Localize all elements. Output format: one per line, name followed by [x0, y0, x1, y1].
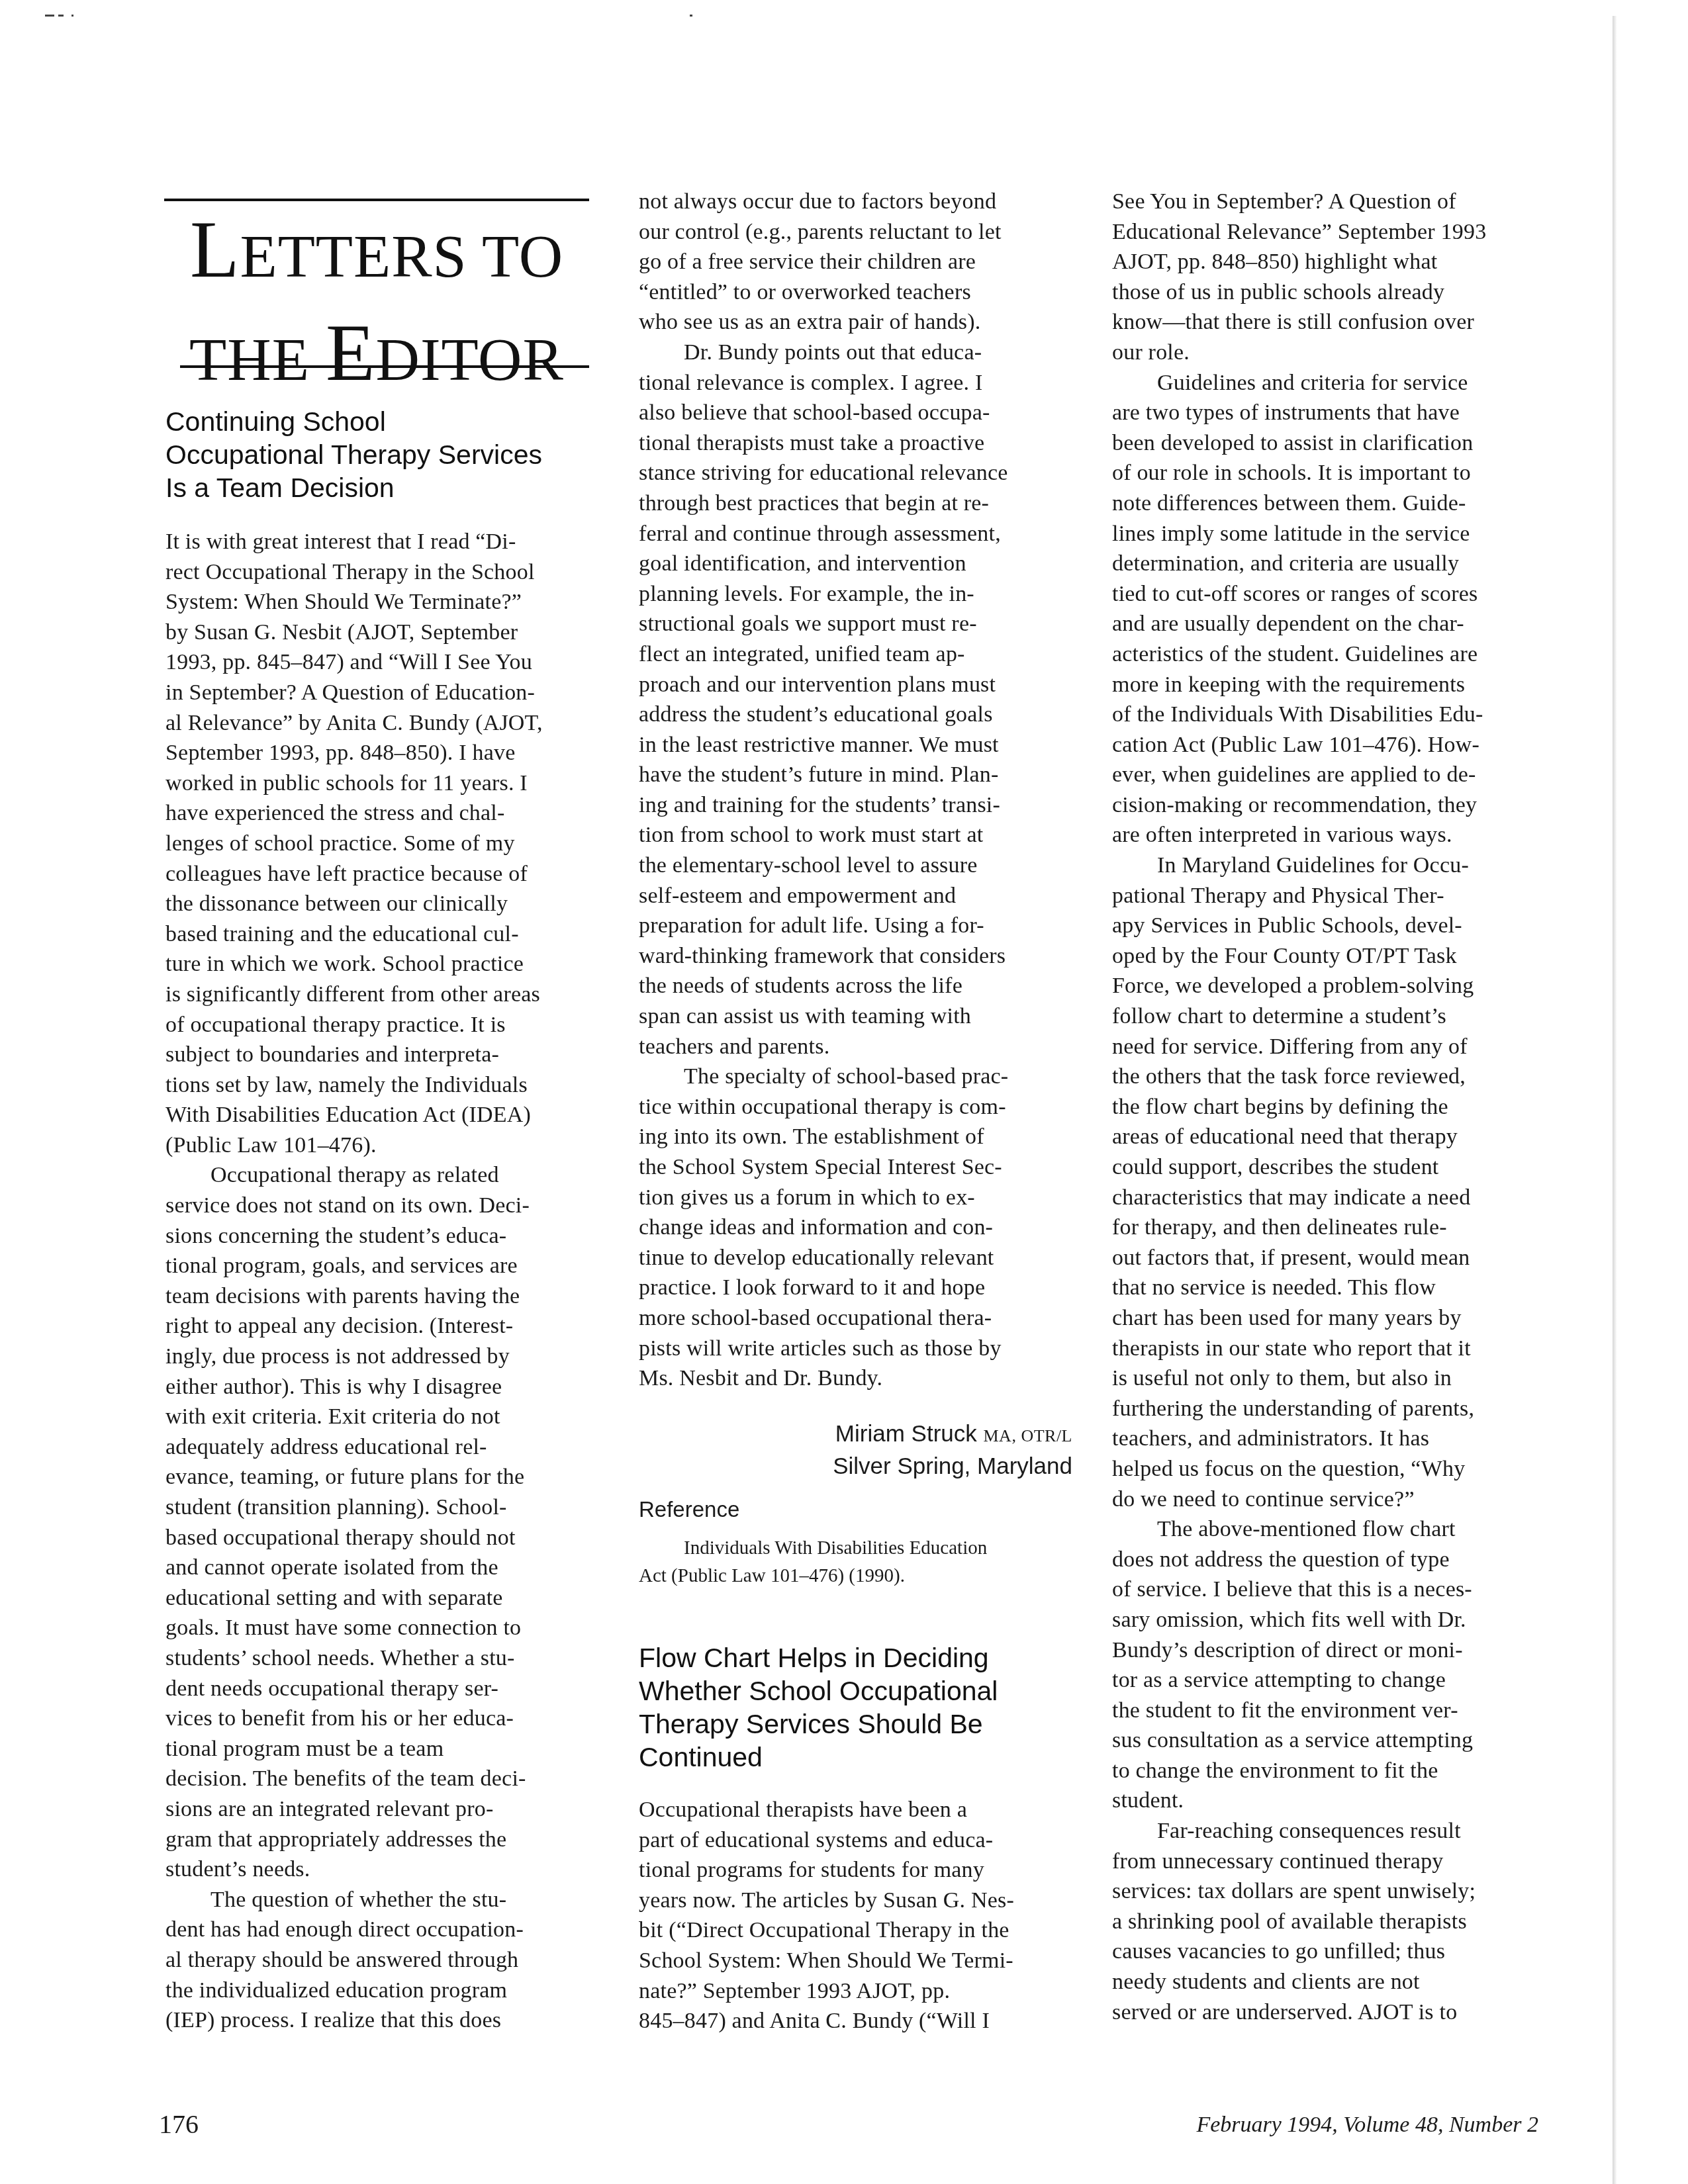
page-number: 176: [159, 2109, 199, 2140]
text-line: team decisions with parents having the: [165, 1281, 602, 1312]
text-line: (IEP) process. I realize that this does: [165, 2005, 602, 2036]
text-line: the needs of students across the life: [639, 971, 1076, 1001]
text-line: through best practices that begin at re-: [639, 488, 1076, 519]
text-line: tions set by law, namely the Individuals: [165, 1070, 602, 1101]
section-title-line-1: LETTERS TO: [164, 210, 589, 314]
text-line: tional programs for students for many: [639, 1855, 1076, 1886]
text-line: School System: When Should We Termi-: [639, 1946, 1076, 1976]
letter2-body-column-2: Occupational therapists have been apart …: [639, 1795, 1076, 2036]
text-line: (Public Law 101–476).: [165, 1130, 602, 1161]
letter1-body-column-1: It is with great interest that I read “D…: [165, 527, 602, 2036]
text-line: the elementary-school level to assure: [639, 850, 1076, 881]
text-line: nate?” September 1993 AJOT, pp.: [639, 1976, 1076, 2007]
text-line: chart has been used for many years by: [1112, 1303, 1556, 1334]
text-line: September 1993, pp. 848–850). I have: [165, 738, 602, 768]
text-line: It is with great interest that I read “D…: [165, 527, 602, 557]
letter2-title-line: Continued: [639, 1741, 1076, 1774]
letter1-signature: Miriam Struck MA, OTR/L Silver Spring, M…: [833, 1419, 1072, 1482]
text-line: of our role in schools. It is important …: [1112, 458, 1556, 488]
text-line: proach and our intervention plans must: [639, 670, 1076, 700]
text-line: change ideas and information and con-: [639, 1212, 1076, 1243]
scan-speck: [71, 15, 73, 17]
reference-line: Act (Public Law 101–476) (1990).: [639, 1562, 987, 1590]
text-line: is significantly different from other ar…: [165, 979, 602, 1010]
text-line: to change the environment to fit the: [1112, 1756, 1556, 1786]
text-line: bit (“Direct Occupational Therapy in the: [639, 1915, 1076, 1946]
text-line: areas of educational need that therapy: [1112, 1122, 1556, 1152]
text-line: goal identification, and intervention: [639, 549, 1076, 579]
text-line: 845–847) and Anita C. Bundy (“Will I: [639, 2006, 1076, 2036]
text-line: oped by the Four County OT/PT Task: [1112, 941, 1556, 972]
text-line: by Susan G. Nesbit (AJOT, September: [165, 617, 602, 648]
text-line: self-esteem and empowerment and: [639, 881, 1076, 911]
text-line: AJOT, pp. 848–850) highlight what: [1112, 247, 1556, 277]
text-line: also believe that school-based occupa-: [639, 398, 1076, 428]
text-line: sary omission, which fits well with Dr.: [1112, 1605, 1556, 1635]
text-line: the dissonance between our clinically: [165, 889, 602, 919]
text-line: go of a free service their children are: [639, 247, 1076, 277]
letter1-title: Continuing School Occupational Therapy S…: [165, 405, 602, 504]
letter1-title-line: Is a Team Decision: [165, 471, 602, 504]
text-line: evance, teaming, or future plans for the: [165, 1462, 602, 1492]
text-line: does not address the question of type: [1112, 1545, 1556, 1575]
text-line: in September? A Question of Education-: [165, 678, 602, 708]
text-line: flect an integrated, unified team ap-: [639, 639, 1076, 670]
text-line: Force, we developed a problem-solving: [1112, 971, 1556, 1001]
text-line: have experienced the stress and chal-: [165, 798, 602, 829]
text-line: tional program must be a team: [165, 1734, 602, 1764]
letter2-body-column-3: See You in September? A Question ofEduca…: [1112, 187, 1556, 2027]
text-line: teachers and parents.: [639, 1032, 1076, 1062]
text-line: Dr. Bundy points out that educa-: [639, 338, 1076, 368]
reference-heading: Reference: [639, 1497, 739, 1522]
text-line: with exit criteria. Exit criteria do not: [165, 1402, 602, 1432]
text-line: planning levels. For example, the in-: [639, 579, 1076, 610]
text-line: right to appeal any decision. (Interest-: [165, 1311, 602, 1342]
text-line: ing and training for the students’ trans…: [639, 790, 1076, 821]
text-line: ever, when guidelines are applied to de-: [1112, 760, 1556, 790]
text-line: out factors that, if present, would mean: [1112, 1243, 1556, 1273]
masthead-top-rule: [164, 199, 589, 201]
text-line: dent has had enough direct occupation-: [165, 1915, 602, 1945]
text-line: stance striving for educational relevanc…: [639, 458, 1076, 488]
section-title: LETTERS TO THE EDITOR: [164, 210, 589, 417]
text-line: are often interpreted in various ways.: [1112, 820, 1556, 850]
text-line: With Disabilities Education Act (IDEA): [165, 1100, 602, 1130]
text-line: tional relevance is complex. I agree. I: [639, 368, 1076, 398]
text-line: colleagues have left practice because of: [165, 859, 602, 889]
text-line: sus consultation as a service attempting: [1112, 1725, 1556, 1756]
text-line: know—that there is still confusion over: [1112, 307, 1556, 338]
text-line: need for service. Differing from any of: [1112, 1032, 1556, 1062]
text-line: more in keeping with the requirements: [1112, 670, 1556, 700]
text-line: characteristics that may indicate a need: [1112, 1183, 1556, 1213]
text-line: could support, describes the student: [1112, 1152, 1556, 1183]
letter2-title: Flow Chart Helps in Deciding Whether Sch…: [639, 1641, 1076, 1774]
text-line: 1993, pp. 845–847) and “Will I See You: [165, 647, 602, 678]
text-line: tion from school to work must start at: [639, 820, 1076, 850]
text-line: who see us as an extra pair of hands).: [639, 307, 1076, 338]
text-line: goals. It must have some connection to: [165, 1613, 602, 1643]
text-line: tional therapists must take a proactive: [639, 428, 1076, 459]
text-line: gram that appropriately addresses the: [165, 1825, 602, 1855]
text-line: that no service is needed. This flow: [1112, 1273, 1556, 1303]
issue-line: February 1994, Volume 48, Number 2: [1196, 2113, 1538, 2138]
text-line: student’s needs.: [165, 1854, 602, 1885]
text-line: span can assist us with teaming with: [639, 1001, 1076, 1032]
text-line: for therapy, and then delineates rule-: [1112, 1212, 1556, 1243]
text-line: students’ school needs. Whether a stu-: [165, 1643, 602, 1674]
text-line: based occupational therapy should not: [165, 1523, 602, 1553]
text-line: have the student’s future in mind. Plan-: [639, 760, 1076, 790]
text-line: in the least restrictive manner. We must: [639, 730, 1076, 760]
text-line: The above-mentioned flow chart: [1112, 1514, 1556, 1545]
text-line: sions are an integrated relevant pro-: [165, 1794, 602, 1825]
letter2-title-line: Therapy Services Should Be: [639, 1707, 1076, 1741]
text-line: served or are underserved. AJOT is to: [1112, 1997, 1556, 2028]
text-line: structional goals we support must re-: [639, 609, 1076, 639]
text-line: tional program, goals, and services are: [165, 1251, 602, 1281]
text-line: ingly, due process is not addressed by: [165, 1342, 602, 1372]
text-line: the student to fit the environment ver-: [1112, 1696, 1556, 1726]
text-line: more school-based occupational thera-: [639, 1303, 1076, 1334]
text-line: ferral and continue through assessment,: [639, 519, 1076, 549]
text-line: service does not stand on its own. Deci-: [165, 1191, 602, 1221]
masthead-bottom-rule: [180, 365, 589, 368]
text-line: decision. The benefits of the team deci-: [165, 1764, 602, 1794]
text-line: acteristics of the student. Guidelines a…: [1112, 639, 1556, 670]
text-line: Occupational therapy as related: [165, 1160, 602, 1191]
text-line: student.: [1112, 1786, 1556, 1816]
text-line: of occupational therapy practice. It is: [165, 1010, 602, 1040]
text-line: dent needs occupational therapy ser-: [165, 1674, 602, 1704]
text-line: student (transition planning). School-: [165, 1492, 602, 1523]
letter2-title-line: Whether School Occupational: [639, 1674, 1076, 1707]
text-line: tion gives us a forum in which to ex-: [639, 1183, 1076, 1213]
text-line: furthering the understanding of parents,: [1112, 1394, 1556, 1424]
text-line: The question of whether the stu-: [165, 1885, 602, 1915]
author-location: Silver Spring, Maryland: [833, 1451, 1072, 1482]
text-line: Guidelines and criteria for service: [1112, 368, 1556, 398]
text-line: from unnecessary continued therapy: [1112, 1846, 1556, 1877]
text-line: System: When Should We Terminate?”: [165, 587, 602, 617]
text-line: See You in September? A Question of: [1112, 187, 1556, 217]
text-line: Bundy’s description of direct or moni-: [1112, 1635, 1556, 1666]
scan-speck: [58, 15, 64, 17]
reference-entry: Individuals With Disabilities Education …: [639, 1534, 987, 1590]
text-line: the flow chart begins by defining the: [1112, 1092, 1556, 1122]
text-line: tor as a service attempting to change: [1112, 1665, 1556, 1696]
text-line: address the student’s educational goals: [639, 700, 1076, 730]
text-line: the School System Special Interest Sec-: [639, 1152, 1076, 1183]
text-line: teachers, and administrators. It has: [1112, 1424, 1556, 1454]
text-line: not always occur due to factors beyond: [639, 187, 1076, 217]
text-line: vices to benefit from his or her educa-: [165, 1704, 602, 1734]
scan-speck: [45, 15, 54, 17]
text-line: preparation for adult life. Using a for-: [639, 911, 1076, 941]
text-line: cation Act (Public Law 101–476). How-: [1112, 730, 1556, 760]
text-line: been developed to assist in clarificatio…: [1112, 428, 1556, 459]
text-line: The specialty of school-based prac-: [639, 1062, 1076, 1092]
text-line: al therapy should be answered through: [165, 1945, 602, 1976]
letter1-title-line: Continuing School: [165, 405, 602, 438]
text-line: our role.: [1112, 338, 1556, 368]
author-credentials: MA, OTR/L: [984, 1426, 1073, 1445]
text-line: al Relevance” by Anita C. Bundy (AJOT,: [165, 708, 602, 739]
text-line: adequately address educational rel-: [165, 1432, 602, 1463]
scan-speck: [690, 15, 692, 17]
author-name-line: Miriam Struck MA, OTR/L: [833, 1419, 1072, 1451]
text-line: subject to boundaries and interpreta-: [165, 1040, 602, 1070]
text-line: Ms. Nesbit and Dr. Bundy.: [639, 1363, 1076, 1394]
text-line: cision-making or recommendation, they: [1112, 790, 1556, 821]
text-line: pational Therapy and Physical Ther-: [1112, 881, 1556, 911]
text-line: follow chart to determine a student’s: [1112, 1001, 1556, 1032]
text-line: In Maryland Guidelines for Occu-: [1112, 850, 1556, 881]
text-line: “entitled” to or overworked teachers: [639, 277, 1076, 308]
text-line: either author). This is why I disagree: [165, 1372, 602, 1402]
text-line: worked in public schools for 11 years. I: [165, 768, 602, 799]
text-line: is useful not only to them, but also in: [1112, 1363, 1556, 1394]
text-line: our control (e.g., parents reluctant to …: [639, 217, 1076, 248]
text-line: note differences between them. Guide-: [1112, 488, 1556, 519]
text-line: causes vacancies to go unfilled; thus: [1112, 1936, 1556, 1967]
text-line: lenges of school practice. Some of my: [165, 829, 602, 859]
text-line: ward-thinking framework that considers: [639, 941, 1076, 972]
text-line: years now. The articles by Susan G. Nes-: [639, 1886, 1076, 1916]
letter1-title-line: Occupational Therapy Services: [165, 438, 602, 471]
text-line: tinue to develop educationally relevant: [639, 1243, 1076, 1273]
text-line: Far-reaching consequences result: [1112, 1816, 1556, 1846]
text-line: apy Services in Public Schools, devel-: [1112, 911, 1556, 941]
letter2-title-line: Flow Chart Helps in Deciding: [639, 1641, 1076, 1674]
text-line: lines imply some latitude in the service: [1112, 519, 1556, 549]
text-line: are two types of instruments that have: [1112, 398, 1556, 428]
reference-line: Individuals With Disabilities Education: [639, 1534, 987, 1562]
text-line: the others that the task force reviewed,: [1112, 1062, 1556, 1092]
text-line: Educational Relevance” September 1993: [1112, 217, 1556, 248]
text-line: rect Occupational Therapy in the School: [165, 557, 602, 588]
text-line: helped us focus on the question, “Why: [1112, 1454, 1556, 1484]
text-line: and are usually dependent on the char-: [1112, 609, 1556, 639]
text-line: educational setting and with separate: [165, 1583, 602, 1614]
text-line: ing into its own. The establishment of: [639, 1122, 1076, 1152]
text-line: tied to cut-off scores or ranges of scor…: [1112, 579, 1556, 610]
text-line: ture in which we work. School practice: [165, 949, 602, 979]
text-line: tice within occupational therapy is com-: [639, 1092, 1076, 1122]
text-line: therapists in our state who report that …: [1112, 1334, 1556, 1364]
text-line: of the Individuals With Disabilities Edu…: [1112, 700, 1556, 730]
text-line: part of educational systems and educa-: [639, 1825, 1076, 1856]
text-line: sions concerning the student’s educa-: [165, 1221, 602, 1251]
text-line: determination, and criteria are usually: [1112, 549, 1556, 579]
text-line: the individualized education program: [165, 1976, 602, 2006]
scan-edge-line: [1613, 16, 1617, 2184]
text-line: pists will write articles such as those …: [639, 1334, 1076, 1364]
author-name: Miriam Struck: [835, 1421, 977, 1447]
letter1-body-column-2: not always occur due to factors beyondou…: [639, 187, 1076, 1394]
text-line: do we need to continue service?”: [1112, 1484, 1556, 1515]
text-line: a shrinking pool of available therapists: [1112, 1907, 1556, 1937]
text-line: those of us in public schools already: [1112, 277, 1556, 308]
text-line: Occupational therapists have been a: [639, 1795, 1076, 1825]
text-line: of service. I believe that this is a nec…: [1112, 1574, 1556, 1605]
text-line: needy students and clients are not: [1112, 1967, 1556, 1997]
text-line: practice. I look forward to it and hope: [639, 1273, 1076, 1303]
text-line: services: tax dollars are spent unwisely…: [1112, 1876, 1556, 1907]
text-line: based training and the educational cul-: [165, 919, 602, 950]
text-line: and cannot operate isolated from the: [165, 1553, 602, 1583]
